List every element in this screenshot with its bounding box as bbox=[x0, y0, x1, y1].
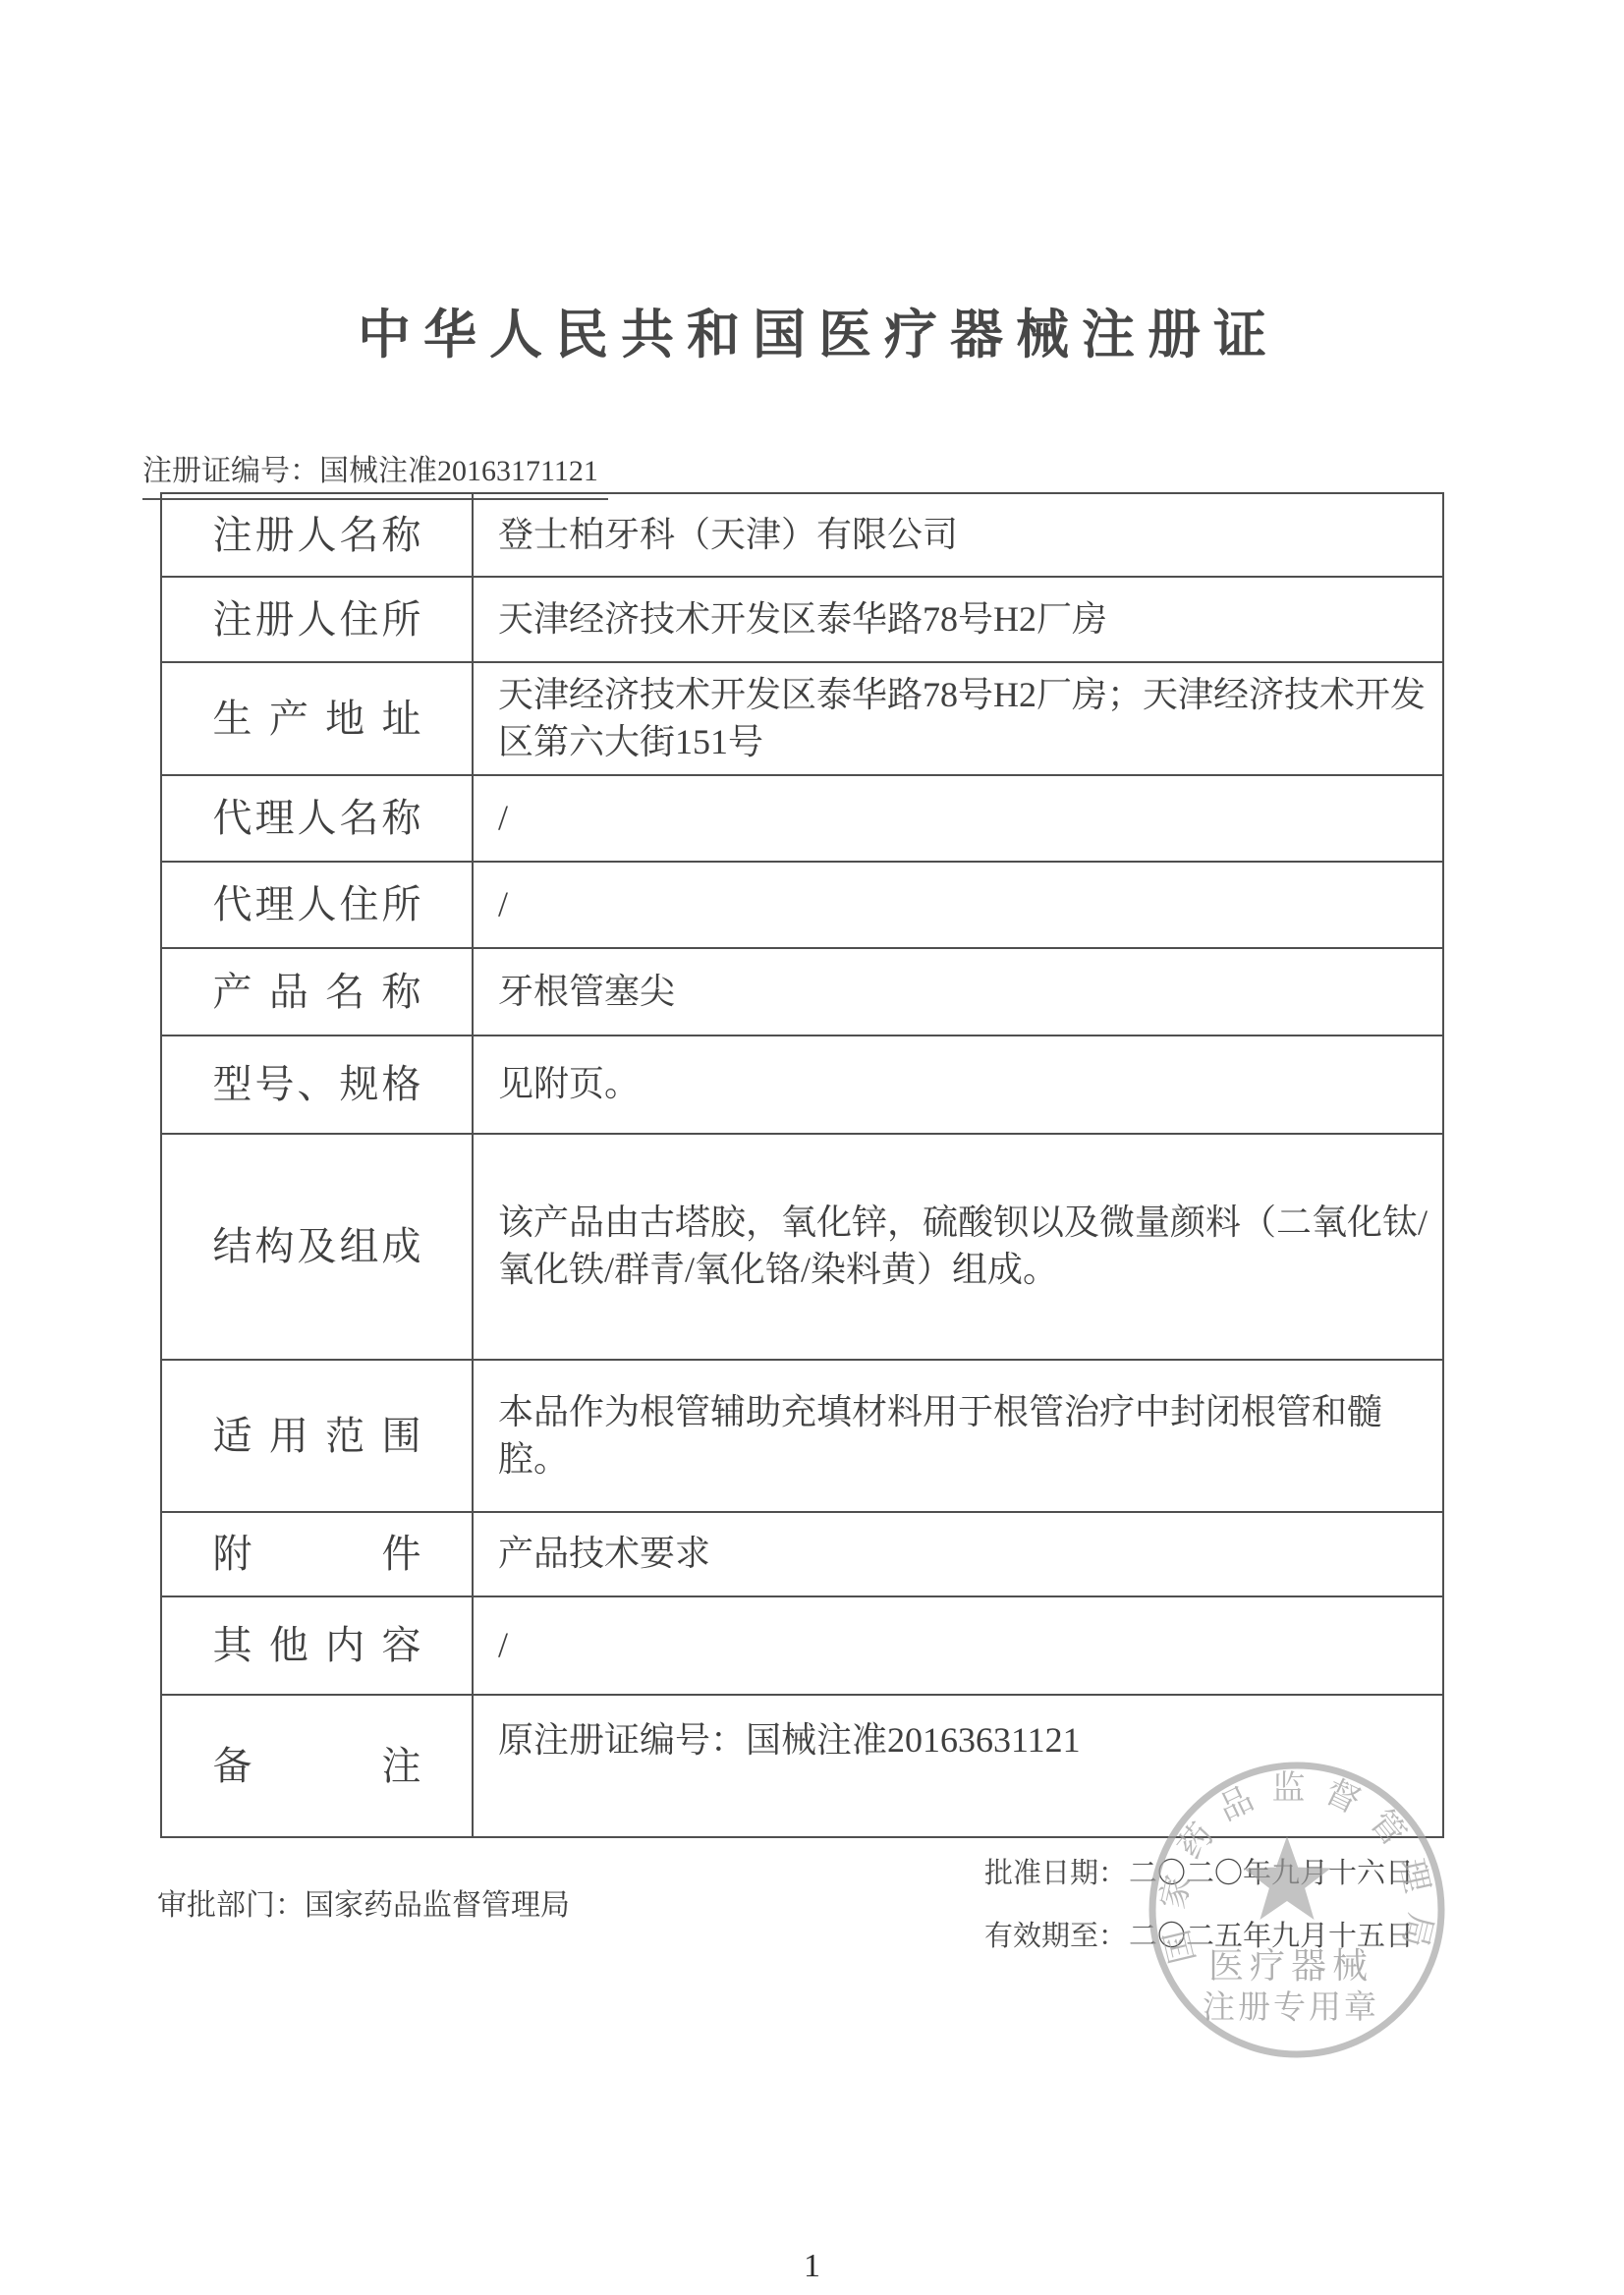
approval-department-label: 审批部门： bbox=[157, 1889, 305, 1922]
row-label-cell: 结构及组成 bbox=[162, 1135, 474, 1359]
row-value: 牙根管塞尖 bbox=[474, 949, 1442, 1035]
row-value: 天津经济技术开发区泰华路78号H2厂房；天津经济技术开发 区第六大街151号 bbox=[474, 663, 1442, 774]
table-row-model-spec: 型号、规格 见附页。 bbox=[162, 1036, 1442, 1135]
table-row-registrant-name: 注册人名称 登士柏牙科（天津）有限公司 bbox=[162, 494, 1442, 578]
row-label: 生产地址 bbox=[213, 698, 421, 741]
page-number: 1 bbox=[0, 2248, 1624, 2285]
valid-until-line: 有效期至：二〇二五年九月十五日 bbox=[984, 1914, 1414, 1954]
row-label: 注册人名称 bbox=[213, 514, 421, 557]
table-row-production-address: 生产地址 天津经济技术开发区泰华路78号H2厂房；天津经济技术开发 区第六大街1… bbox=[162, 663, 1442, 776]
table-row-product-name: 产品名称 牙根管塞尖 bbox=[162, 949, 1442, 1036]
table-row-structure-composition: 结构及组成 该产品由古塔胶，氧化锌，硫酸钡以及微量颜料（二氧化钛/ 氧化铁/群青… bbox=[162, 1135, 1442, 1361]
row-label-cell: 生产地址 bbox=[162, 663, 474, 774]
row-value: / bbox=[474, 863, 1442, 947]
approval-department-value: 国家药品监督管理局 bbox=[305, 1889, 570, 1922]
row-label-cell: 备注 bbox=[162, 1696, 474, 1836]
table-row-agent-name: 代理人名称 / bbox=[162, 776, 1442, 863]
approval-date-label: 批准日期： bbox=[984, 1858, 1127, 1889]
valid-until-value: 二〇二五年九月十五日 bbox=[1129, 1921, 1414, 1952]
certificate-number-label: 注册证编号： bbox=[142, 455, 319, 487]
row-label-cell: 其他内容 bbox=[162, 1597, 474, 1694]
row-label-cell: 产品名称 bbox=[162, 949, 474, 1035]
row-label-cell: 注册人住所 bbox=[162, 578, 474, 661]
row-label-cell: 适用范围 bbox=[162, 1361, 474, 1511]
row-label: 产品名称 bbox=[213, 971, 421, 1014]
row-label: 备注 bbox=[213, 1745, 421, 1788]
row-label-cell: 附件 bbox=[162, 1513, 474, 1595]
row-value: 本品作为根管辅助充填材料用于根管治疗中封闭根管和髓 腔。 bbox=[474, 1361, 1442, 1511]
row-label: 代理人住所 bbox=[213, 883, 421, 926]
certificate-table: 注册人名称 登士柏牙科（天津）有限公司 注册人住所 天津经济技术开发区泰华路78… bbox=[160, 492, 1444, 1838]
table-row-registrant-address: 注册人住所 天津经济技术开发区泰华路78号H2厂房 bbox=[162, 578, 1442, 663]
table-row-remarks: 备注 原注册证编号：国械注准20163631121 bbox=[162, 1696, 1442, 1836]
row-label: 其他内容 bbox=[213, 1624, 421, 1667]
approval-date-value: 二〇二〇年九月十六日 bbox=[1129, 1858, 1414, 1889]
certificate-page: 中华人民共和国医疗器械注册证 注册证编号：国械注准20163171121 注册人… bbox=[0, 0, 1624, 2295]
row-value: 登士柏牙科（天津）有限公司 bbox=[474, 494, 1442, 576]
certificate-title: 中华人民共和国医疗器械注册证 bbox=[0, 293, 1624, 368]
row-value: / bbox=[474, 776, 1442, 861]
row-value: 该产品由古塔胶，氧化锌，硫酸钡以及微量颜料（二氧化钛/ 氧化铁/群青/氧化铬/染… bbox=[474, 1135, 1442, 1359]
table-row-intended-use: 适用范围 本品作为根管辅助充填材料用于根管治疗中封闭根管和髓 腔。 bbox=[162, 1361, 1442, 1513]
valid-until-label: 有效期至： bbox=[984, 1921, 1127, 1952]
row-value: 原注册证编号：国械注准20163631121 bbox=[474, 1696, 1442, 1836]
row-value: 天津经济技术开发区泰华路78号H2厂房 bbox=[474, 578, 1442, 661]
row-label: 附件 bbox=[213, 1533, 421, 1576]
row-label-cell: 注册人名称 bbox=[162, 494, 474, 576]
row-value: 见附页。 bbox=[474, 1036, 1442, 1133]
table-row-attachment: 附件 产品技术要求 bbox=[162, 1513, 1442, 1597]
row-label-cell: 型号、规格 bbox=[162, 1036, 474, 1133]
row-value: / bbox=[474, 1597, 1442, 1694]
row-label: 注册人住所 bbox=[213, 598, 421, 642]
table-row-agent-address: 代理人住所 / bbox=[162, 863, 1442, 949]
row-label: 型号、规格 bbox=[213, 1063, 421, 1106]
row-label-cell: 代理人住所 bbox=[162, 863, 474, 947]
row-label: 代理人名称 bbox=[213, 797, 421, 840]
table-row-other-content: 其他内容 / bbox=[162, 1597, 1442, 1696]
stamp-text-line2: 注册专用章 bbox=[1203, 1989, 1379, 2026]
row-value: 产品技术要求 bbox=[474, 1513, 1442, 1595]
approval-department-line: 审批部门：国家药品监督管理局 bbox=[157, 1880, 570, 1924]
approval-date-line: 批准日期：二〇二〇年九月十六日 bbox=[984, 1851, 1414, 1891]
row-label-cell: 代理人名称 bbox=[162, 776, 474, 861]
certificate-number-value: 国械注准20163171121 bbox=[319, 455, 598, 487]
row-label: 适用范围 bbox=[213, 1415, 421, 1458]
row-label: 结构及组成 bbox=[213, 1225, 421, 1268]
